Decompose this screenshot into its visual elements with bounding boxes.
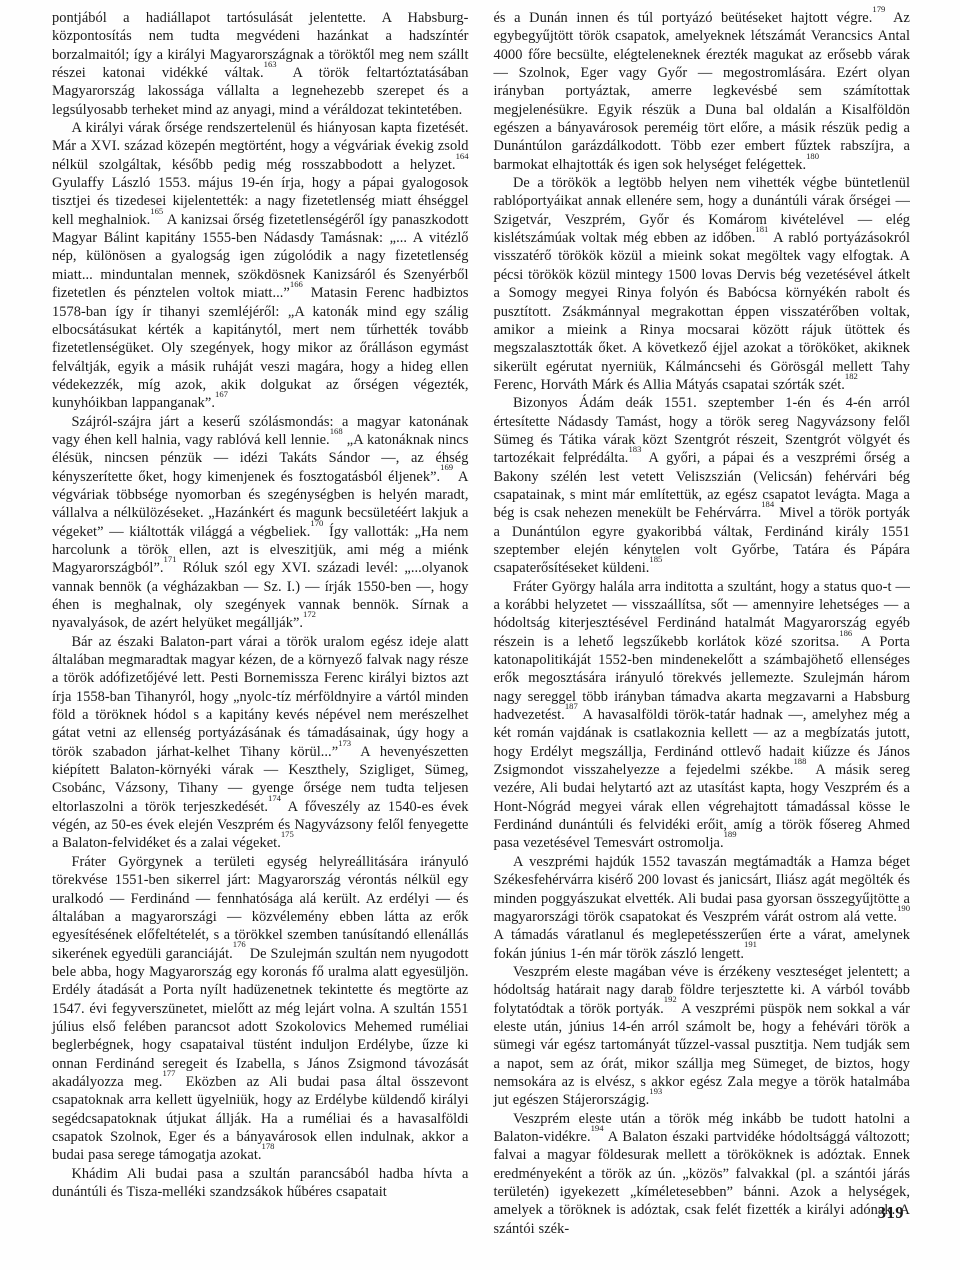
footnote-ref: 181: [755, 224, 768, 234]
page-number: 319: [878, 1203, 904, 1223]
footnote-ref: 180: [806, 151, 819, 161]
footnote-ref: 190: [897, 903, 910, 913]
paragraph: Veszprém eleste után a török még inkább …: [494, 1110, 911, 1238]
footnote-ref: 183: [628, 444, 641, 454]
paragraph: pontjából a hadiállapot tartósulását jel…: [52, 9, 469, 119]
footnote-ref: 178: [262, 1141, 275, 1151]
footnote-ref: 186: [839, 628, 852, 638]
text-columns: pontjából a hadiállapot tartósulását jel…: [0, 0, 960, 1238]
paragraph: Szájról-szájra járt a keserű szólásmondá…: [52, 413, 469, 633]
footnote-ref: 194: [591, 1123, 604, 1133]
paragraph: De a törökök a legtöbb helyen nem vihett…: [494, 174, 911, 394]
paragraph: Bizonyos Ádám deák 1551. szeptember 1-én…: [494, 394, 911, 577]
footnote-ref: 176: [233, 939, 246, 949]
footnote-ref: 163: [264, 59, 277, 69]
footnote-ref: 175: [281, 829, 294, 839]
text-column-left: pontjából a hadiállapot tartósulását jel…: [52, 9, 469, 1238]
paragraph: A királyi várak őrsége rendszertelenül é…: [52, 119, 469, 413]
paragraph: Fráter Györgynek a területi egység helyr…: [52, 853, 469, 1165]
paragraph: A veszprémi hajdúk 1552 tavaszán megtáma…: [494, 853, 911, 963]
footnote-ref: 185: [649, 554, 662, 564]
paragraph: és a Dunán innen és túl portyázó beütése…: [494, 9, 911, 174]
footnote-ref: 187: [565, 701, 578, 711]
paragraph: Fráter György halála arra inditotta a sz…: [494, 578, 911, 853]
footnote-ref: 174: [268, 793, 281, 803]
paragraph: Veszprém eleste magában véve is érzékeny…: [494, 963, 911, 1110]
footnote-ref: 167: [215, 389, 228, 399]
footnote-ref: 171: [164, 554, 177, 564]
footnote-ref: 166: [290, 279, 303, 289]
footnote-ref: 164: [456, 151, 469, 161]
footnote-ref: 172: [303, 609, 316, 619]
footnote-ref: 170: [310, 518, 323, 528]
text-column-right: és a Dunán innen és túl portyázó beütése…: [494, 9, 911, 1238]
footnote-ref: 193: [649, 1086, 662, 1096]
footnote-ref: 168: [330, 426, 343, 436]
footnote-ref: 182: [845, 371, 858, 381]
footnote-ref: 192: [664, 994, 677, 1004]
footnote-ref: 191: [744, 939, 757, 949]
paragraph: Khádim Ali budai pasa a szultán parancsá…: [52, 1165, 469, 1202]
footnote-ref: 169: [440, 462, 453, 472]
footnote-ref: 179: [872, 4, 885, 14]
footnote-ref: 173: [338, 738, 351, 748]
book-page: pontjából a hadiállapot tartósulását jel…: [0, 0, 960, 1270]
footnote-ref: 177: [162, 1068, 175, 1078]
footnote-ref: 188: [793, 756, 806, 766]
footnote-ref: 184: [761, 499, 774, 509]
paragraph: Bár az északi Balaton-part várai a török…: [52, 633, 469, 853]
footnote-ref: 189: [724, 829, 737, 839]
footnote-ref: 165: [150, 206, 163, 216]
